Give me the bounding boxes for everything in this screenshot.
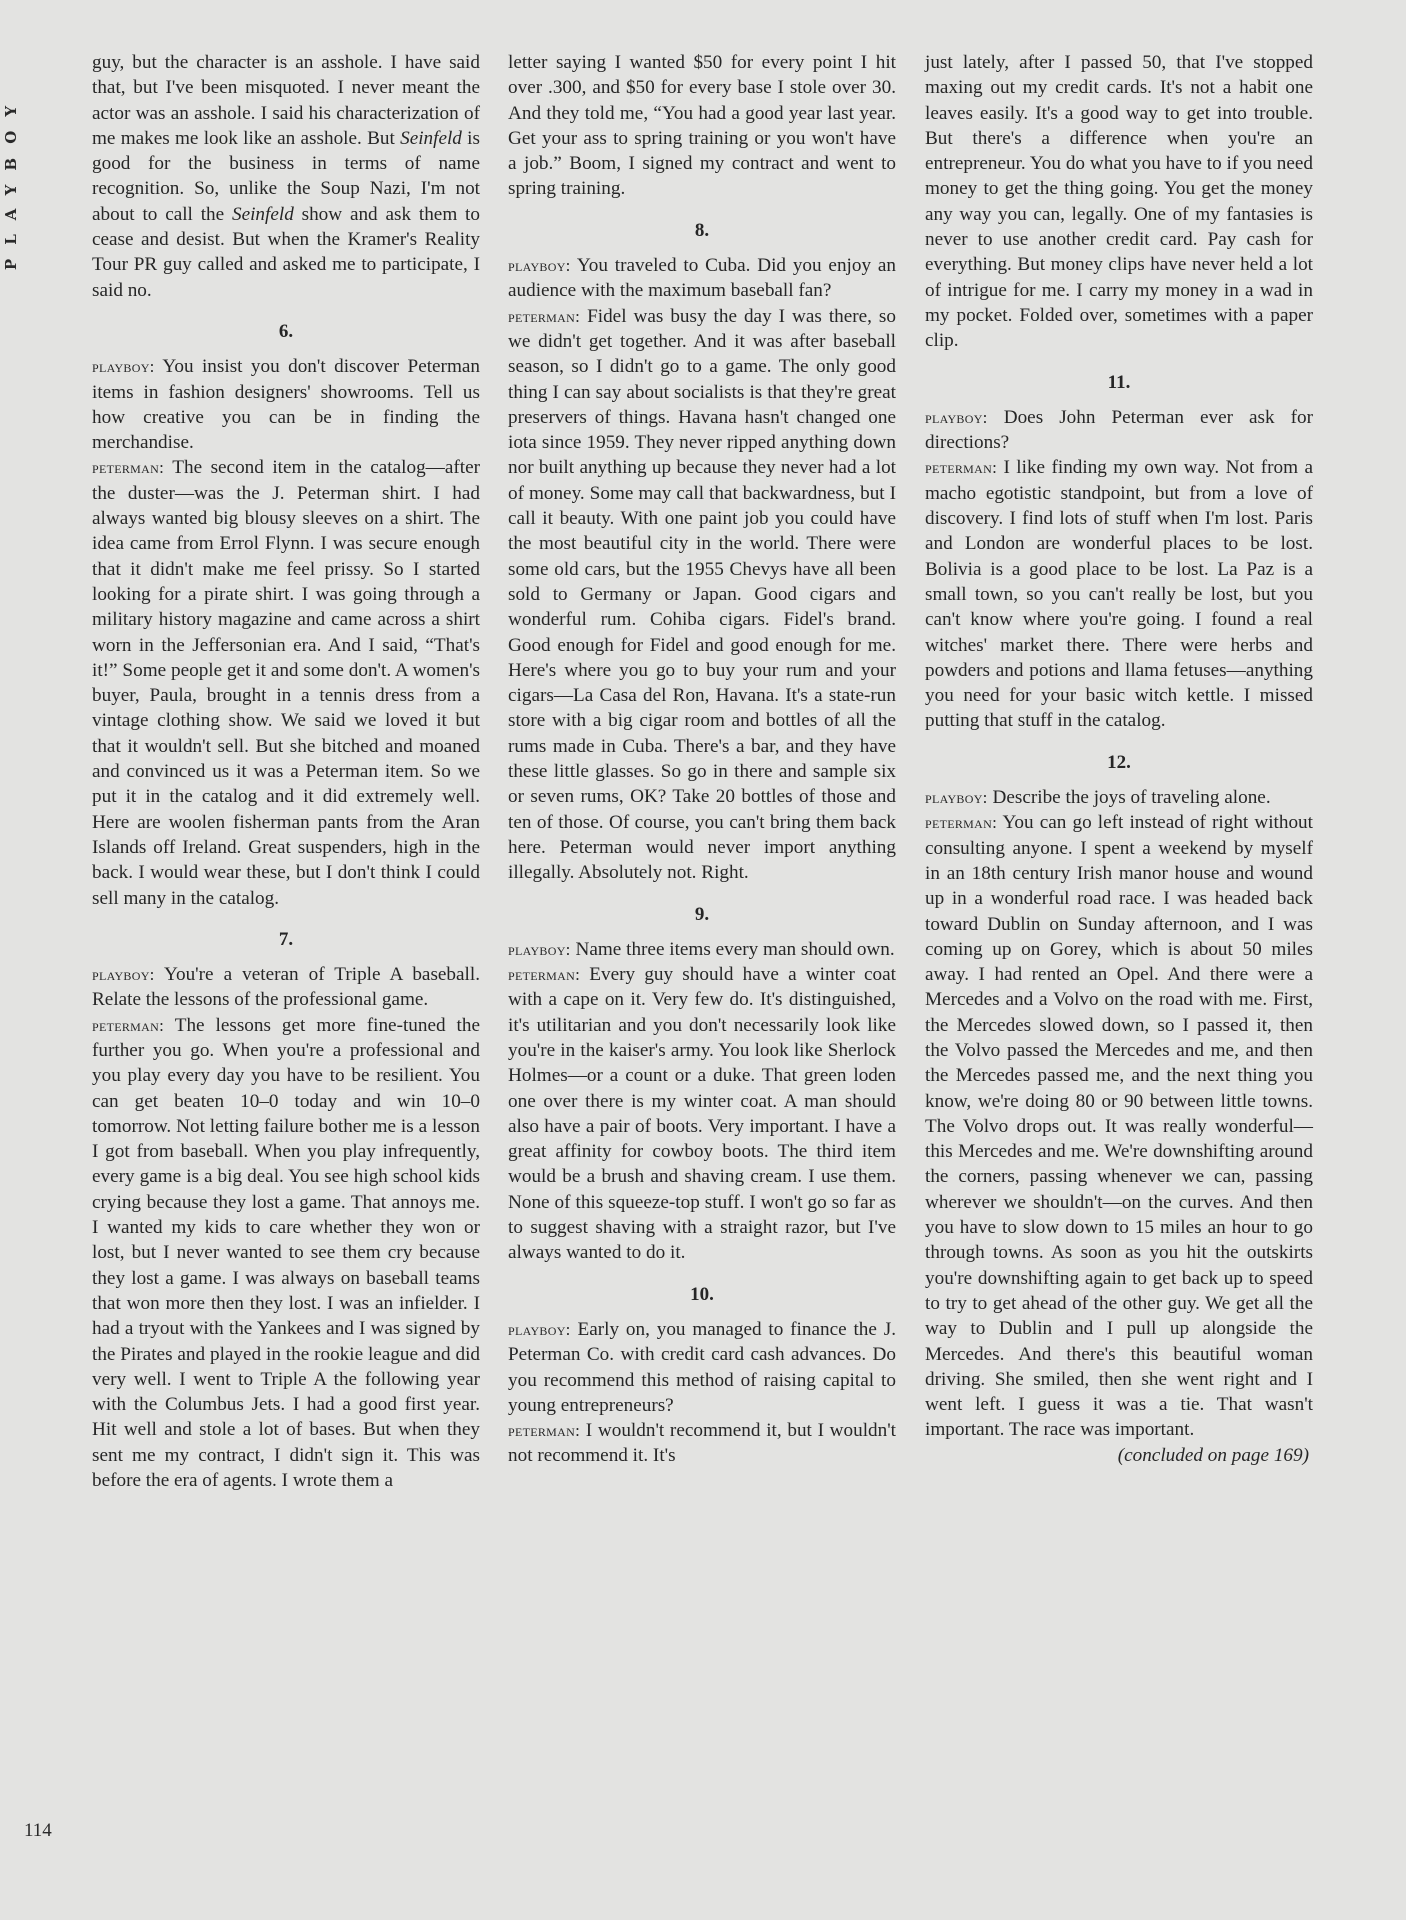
continued-on-page-link[interactable]: (concluded on page 169) [925,1443,1313,1468]
speaker-label: peterman: [508,307,580,326]
speaker-label: playboy: [508,940,571,959]
paragraph-continued: guy, but the character is an asshole. I … [92,50,480,303]
question-number: 11. [925,370,1313,395]
speaker-label: playboy: [925,408,988,427]
column-3: just lately, after I passed 50, that I'v… [925,50,1313,1468]
paragraph-continued: letter saying I wanted $50 for every poi… [508,50,896,202]
speaker-label: peterman: [92,458,164,477]
page-number: 114 [24,1820,52,1842]
column-1: guy, but the character is an asshole. I … [92,50,480,1493]
question-number: 10. [508,1282,896,1307]
interviewer-question: playboy: You traveled to Cuba. Did you e… [508,253,896,304]
question-number: 6. [92,319,480,344]
speaker-label: playboy: [92,357,155,376]
subject-answer: peterman: Every guy should have a winter… [508,962,896,1266]
speaker-label: peterman: [925,458,997,477]
column-2: letter saying I wanted $50 for every poi… [508,50,896,1469]
speaker-label: peterman: [508,965,580,984]
speaker-label: peterman: [925,813,997,832]
interviewer-question: playboy: Does John Peterman ever ask for… [925,405,1313,456]
speaker-label: playboy: [92,965,155,984]
question-number: 8. [508,218,896,243]
interviewer-question: playboy: You're a veteran of Triple A ba… [92,962,480,1013]
subject-answer: peterman: You can go left instead of rig… [925,810,1313,1442]
subject-answer: peterman: I like finding my own way. Not… [925,455,1313,733]
speaker-label: peterman: [508,1421,580,1440]
question-number: 12. [925,750,1313,775]
interviewer-question: playboy: Describe the joys of traveling … [925,785,1313,810]
interviewer-question: playboy: Early on, you managed to financ… [508,1317,896,1418]
paragraph-continued: just lately, after I passed 50, that I'v… [925,50,1313,354]
interviewer-question: playboy: You insist you don't discover P… [92,354,480,455]
speaker-label: playboy: [925,788,988,807]
subject-answer: peterman: The second item in the catalog… [92,455,480,910]
subject-answer: peterman: The lessons get more fine-tune… [92,1013,480,1494]
subject-answer: peterman: I wouldn't recommend it, but I… [508,1418,896,1469]
speaker-label: peterman: [92,1016,164,1035]
subject-answer: peterman: Fidel was busy the day I was t… [508,304,896,886]
interviewer-question: playboy: Name three items every man shou… [508,937,896,962]
question-number: 9. [508,902,896,927]
speaker-label: playboy: [508,1320,571,1339]
playboy-vertical-logo: PLAYBOY [2,91,28,271]
speaker-label: playboy: [508,256,571,275]
question-number: 7. [92,927,480,952]
